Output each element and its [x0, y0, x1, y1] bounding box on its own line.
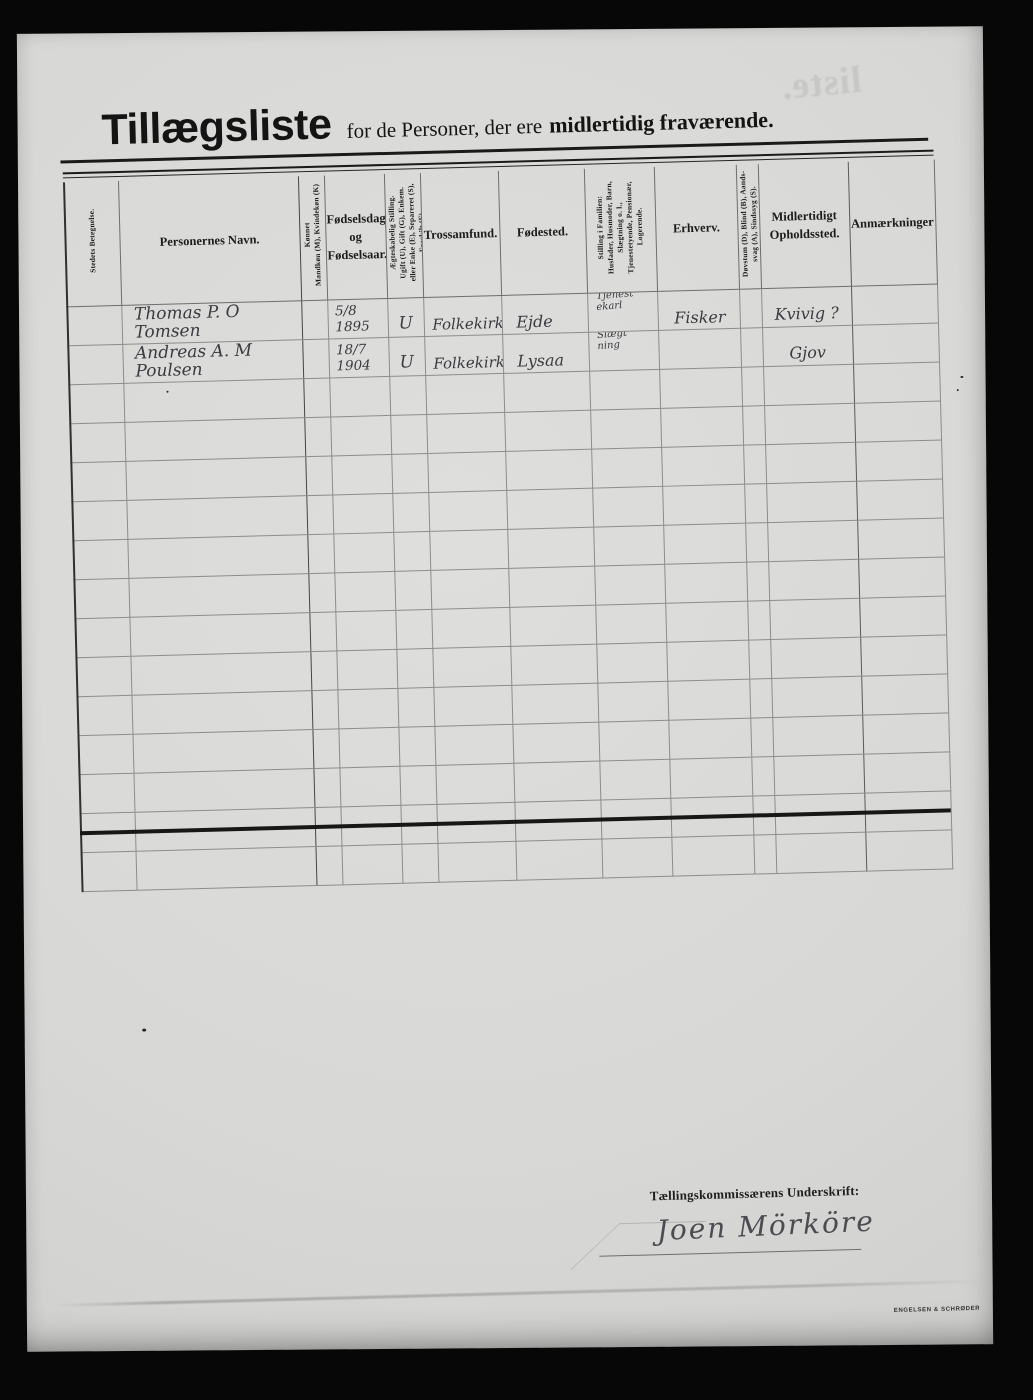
ink-speck [166, 391, 168, 393]
cell-stilling [591, 447, 662, 488]
col-header-midlertidigt-opholdssted: Midlertidigt Opholdssted. [758, 162, 851, 289]
cell-navn: Andreas A. M Poulsen [122, 340, 303, 384]
cell-aegteskab: U [388, 337, 425, 377]
cell-navn [126, 496, 307, 540]
cell-trossamfund [435, 763, 514, 804]
cell-aegteskab [395, 609, 432, 649]
cell-kon [309, 612, 336, 652]
cell-anm [856, 479, 943, 520]
cell-dovstum [744, 484, 767, 524]
cell-stilling: Slægtning [588, 330, 659, 371]
cell-trossamfund [428, 490, 507, 531]
cell-aegteskab [398, 726, 435, 766]
cell-sted [80, 773, 135, 813]
cell-stilling [592, 486, 663, 527]
cell-sted [70, 422, 125, 462]
cell-fodsel [335, 610, 396, 651]
cell-kon [315, 846, 342, 886]
cell-fodested [513, 761, 600, 802]
cell-erhverv [658, 328, 741, 369]
title-subtitle-bold: midlertidig fraværende. [549, 107, 774, 138]
cell-trossamfund [430, 568, 509, 609]
cell-ophold: Gjov [762, 325, 853, 366]
cell-fodested [515, 839, 602, 880]
cell-kon [302, 339, 329, 379]
cell-aegteskab [401, 843, 438, 883]
col-header-dovstum: Døvstum (D), Blind (B), Aands- svag (A),… [736, 164, 761, 289]
cell-fodsel [339, 766, 400, 807]
cell-navn [131, 691, 312, 735]
paper-crease [52, 1280, 988, 1308]
cell-sted [71, 461, 126, 501]
cell-fodsel [331, 454, 392, 495]
title-main: Tillægsliste [101, 100, 332, 154]
cell-dovstum [748, 640, 771, 680]
col-label: Trossamfund. [423, 224, 498, 244]
cell-erhverv [668, 718, 751, 759]
scan-background: liste. Tillægslistefor de Personer, der … [0, 0, 1033, 1400]
signature-label: Tællingskommissærens Underskrift: [650, 1183, 860, 1204]
col-header-stilling-i-familien: Stilling i Familien: Husfader, Husmoder,… [584, 167, 657, 293]
col-header-stedets-betegnelse: Stedets Betegnelse. [64, 181, 121, 307]
cell-navn: Thomas P. O Tomsen [121, 301, 302, 345]
cell-fodested [510, 644, 597, 685]
cell-trossamfund [432, 646, 511, 687]
cell-trossamfund [431, 607, 510, 648]
cell-navn [123, 379, 304, 423]
cell-fodsel [329, 376, 390, 417]
cell-erhverv [667, 679, 750, 720]
cell-ophold [773, 754, 864, 795]
cell-navn [124, 418, 305, 462]
cell-sted [76, 656, 131, 696]
cell-trossamfund: Folkekirk [424, 334, 503, 375]
col-label: Fødested. [501, 222, 584, 242]
cell-dovstum [751, 757, 774, 797]
cell-dovstum [753, 834, 776, 874]
header-row: Stedets Betegnelse. Personernes Navn. Kø… [64, 160, 937, 307]
cell-trossamfund [437, 841, 516, 882]
cell-ophold [767, 520, 858, 561]
cell-fodsel: 18/71904 [328, 337, 389, 378]
cell-ophold [772, 715, 863, 756]
cell-dovstum [745, 523, 768, 563]
cell-trossamfund [425, 373, 504, 414]
cell-stilling [599, 759, 670, 800]
cell-dovstum [746, 562, 769, 602]
cell-fodsel: 5/81895 [327, 298, 388, 339]
cell-kon [313, 768, 340, 808]
col-header-personernes-navn: Personernes Navn. [118, 176, 301, 305]
cell-aegteskab [390, 414, 427, 454]
cell-fodested [509, 605, 596, 646]
cell-stilling [597, 681, 668, 722]
cell-anm [863, 752, 950, 793]
signature-handwritten: Joen Mörköre [656, 1205, 876, 1247]
cell-dovstum [740, 328, 763, 368]
col-header-fodselsdag: Fødselsdag og Fødselsaar. [324, 174, 387, 300]
cell-anm [857, 518, 944, 559]
cell-anm [862, 713, 949, 754]
cell-dovstum [747, 601, 770, 641]
cell-dovstum [749, 679, 772, 719]
col-label: Midlertidigt Opholdssted. [760, 206, 848, 245]
cell-aegteskab [399, 765, 436, 805]
col-header-aegteskabelig-stilling: Ægteskabelig Stilling. Ugift (U), Gift (… [384, 173, 423, 298]
cell-kon [301, 300, 328, 340]
cell-erhverv [669, 757, 752, 798]
cell-fodsel [338, 727, 399, 768]
cell-erhverv [665, 601, 748, 642]
cell-sted [82, 851, 137, 891]
census-table: Stedets Betegnelse. Personernes Navn. Kø… [63, 160, 953, 893]
cell-aegteskab [389, 376, 426, 416]
printer-mark: ENGELSEN & SCHRØDER [894, 1306, 981, 1314]
cell-fodested [505, 449, 592, 490]
ink-speck [142, 1029, 146, 1032]
cell-anm [855, 440, 942, 481]
cell-erhverv [671, 835, 754, 876]
cell-fodested [503, 371, 590, 412]
cell-aegteskab [396, 648, 433, 688]
ink-speck [960, 376, 963, 378]
cell-anm [865, 830, 952, 871]
cell-stilling [594, 564, 665, 605]
cell-sted [77, 695, 132, 735]
cell-navn [129, 613, 310, 657]
bleedthrough-text: liste. [779, 58, 864, 110]
sheet-content: liste. Tillægslistefor de Personer, der … [7, 18, 1007, 1361]
cell-stilling [595, 603, 666, 644]
cell-erhverv [666, 640, 749, 681]
col-header-anmaerkninger: Anmærkninger [848, 160, 937, 287]
cell-stilling: Tjenestekarl [587, 291, 658, 332]
col-header-konnet: Kønnet Mandkøn (M), Kvindekøn (K) [298, 176, 327, 301]
cell-kon [303, 378, 330, 418]
cell-stilling [593, 525, 664, 566]
cell-kon [304, 417, 331, 457]
cell-anm [853, 362, 940, 403]
col-header-trossamfund: Trossamfund. [420, 171, 501, 297]
cell-erhverv [661, 445, 744, 486]
cell-sted [73, 539, 128, 579]
cell-sted [78, 734, 133, 774]
cell-ophold [769, 598, 860, 639]
cell-trossamfund [426, 412, 505, 453]
cell-sted [72, 500, 127, 540]
cell-ophold [765, 442, 856, 483]
col-header-erhverv: Erhverv. [654, 165, 739, 292]
cell-dovstum [750, 718, 773, 758]
cell-ophold [770, 637, 861, 678]
cell-fodsel [333, 532, 394, 573]
cell-erhverv [660, 406, 743, 447]
cell-fodsel [336, 649, 397, 690]
cell-navn [133, 769, 314, 813]
cell-fodested [506, 488, 593, 529]
cell-fodested [504, 410, 591, 451]
cell-kon [312, 729, 339, 769]
cell-ophold [771, 676, 862, 717]
cell-ophold [766, 481, 857, 522]
cell-fodsel [334, 571, 395, 612]
cell-erhverv: Fisker [657, 289, 740, 330]
col-label: Døvstum (D), Blind (B), Aands- svag (A),… [737, 171, 760, 278]
cell-sted [68, 344, 123, 384]
cell-erhverv [659, 367, 742, 408]
cell-kon [305, 456, 332, 496]
cell-kon [311, 690, 338, 730]
cell-dovstum [743, 445, 766, 485]
cell-trossamfund [427, 451, 506, 492]
cell-erhverv [662, 484, 745, 525]
cell-erhverv [664, 562, 747, 603]
col-header-fodested: Fødested. [498, 169, 587, 296]
cell-aegteskab [391, 453, 428, 493]
cell-trossamfund [429, 529, 508, 570]
cell-ophold [764, 403, 855, 444]
cell-sted [74, 578, 129, 618]
cell-stilling [589, 369, 660, 410]
cell-trossamfund: Folkekirk [423, 295, 502, 336]
cell-dovstum [742, 406, 765, 446]
cell-anm [854, 401, 941, 442]
cell-navn [132, 730, 313, 774]
cell-navn [136, 847, 317, 891]
ink-speck [957, 389, 959, 391]
cell-erhverv [663, 523, 746, 564]
cell-anm [858, 557, 945, 598]
cell-anm [860, 635, 947, 676]
cell-dovstum [741, 367, 764, 407]
cell-trossamfund [433, 685, 512, 726]
cell-fodested [511, 683, 598, 724]
cell-fodested [508, 566, 595, 607]
cell-navn [130, 652, 311, 696]
cell-anm [859, 596, 946, 637]
paper-sheet: liste. Tillægslistefor de Personer, der … [17, 26, 993, 1352]
col-label: Stilling i Familien: Husfader, Husmoder,… [594, 180, 646, 274]
cell-aegteskab [393, 531, 430, 571]
cell-fodsel [337, 688, 398, 729]
cell-stilling [596, 642, 667, 683]
col-label: Anmærkninger [851, 213, 934, 233]
cell-anm [851, 284, 938, 325]
cell-navn [125, 457, 306, 501]
cell-aegteskab [392, 492, 429, 532]
cell-kon [307, 534, 334, 574]
cell-kon [308, 573, 335, 613]
cell-sted [75, 617, 130, 657]
cell-aegteskab [397, 687, 434, 727]
cell-kon [306, 495, 333, 535]
col-label: Erhverv. [657, 218, 736, 238]
cell-aegteskab: U [387, 298, 424, 338]
table-body: Thomas P. O Tomsen5/81895UFolkekirkEjdeT… [67, 284, 952, 892]
cell-fodsel [330, 415, 391, 456]
cell-navn [128, 574, 309, 618]
cell-ophold [763, 364, 854, 405]
col-label: Kønnet Mandkøn (M), Kvindekøn (K) [301, 184, 323, 287]
col-label: Ægteskabelig Stilling. Ugift (U), Gift (… [386, 183, 423, 282]
cell-dovstum [739, 289, 762, 329]
cell-fodsel [332, 493, 393, 534]
cell-ophold [775, 832, 866, 873]
cell-fodsel [341, 844, 402, 885]
cell-stilling [598, 720, 669, 761]
cell-aegteskab [394, 570, 431, 610]
cell-sted [67, 305, 122, 345]
col-label: Stedets Betegnelse. [87, 209, 99, 273]
cell-anm [861, 674, 948, 715]
cell-stilling [601, 837, 672, 878]
cell-kon [310, 651, 337, 691]
col-label: Personernes Navn. [121, 229, 298, 252]
cell-fodested [507, 527, 594, 568]
title-subtitle: for de Personer, der ere [346, 114, 542, 143]
cell-navn [127, 535, 308, 579]
cell-ophold [768, 559, 859, 600]
cell-fodested: Lysaa [502, 332, 589, 373]
cell-fodested: Ejde [501, 293, 588, 334]
cell-anm [852, 323, 939, 364]
cell-fodested [512, 722, 599, 763]
cell-ophold: Kvivig ? [761, 286, 852, 327]
cell-sted [69, 383, 124, 423]
cell-stilling [590, 408, 661, 449]
cell-trossamfund [434, 724, 513, 765]
col-label: Fødselsdag og Fødselsaar. [326, 209, 384, 265]
